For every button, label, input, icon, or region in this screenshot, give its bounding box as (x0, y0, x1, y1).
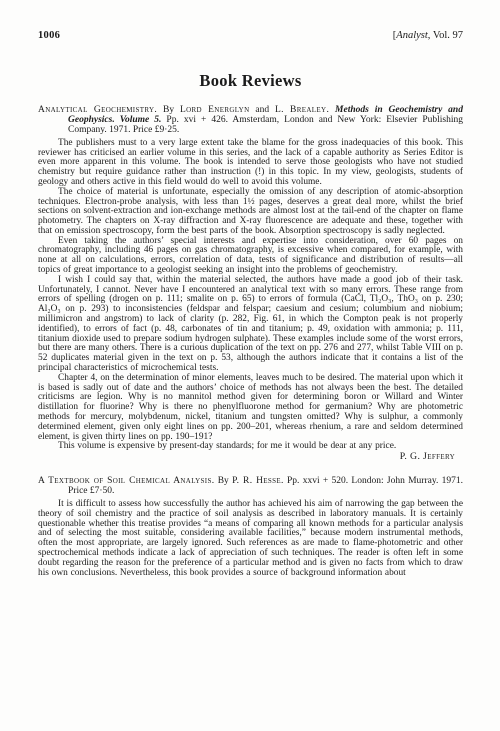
page-title: Book Reviews (38, 71, 463, 91)
review-paragraph: Even taking the authors’ special interes… (38, 237, 463, 276)
author-name: L. Brealey. (275, 105, 329, 115)
review-paragraph: Chapter 4, on the determination of minor… (38, 374, 463, 443)
journal-page: 1006 [Analyst, Vol. 97 Book Reviews Anal… (0, 0, 500, 731)
by-text: By (157, 105, 180, 115)
reviewer-signature: P. G. Jeffery (38, 452, 463, 462)
page-number: 1006 (38, 30, 60, 41)
journal-reference: [Analyst, Vol. 97 (393, 30, 463, 41)
review-paragraph: The choice of material is unfortunate, e… (38, 188, 463, 237)
review-body: It is difficult to assess how successful… (38, 500, 463, 578)
review-heading: A Textbook of Soil Chemical Analysis. By… (38, 477, 463, 497)
by-text: By (214, 476, 232, 486)
review-heading: Analytical Geochemistry. By Lord Energly… (38, 106, 463, 136)
conjunction-text: and (249, 105, 274, 115)
review-paragraph: The publishers must to a very large exte… (38, 139, 463, 188)
book-title: A Textbook of Soil Chemical Analysis. (38, 476, 214, 486)
book-title: Analytical Geochemistry. (38, 105, 157, 115)
review-section-analytical-geochemistry: Analytical Geochemistry. By Lord Energly… (38, 106, 463, 462)
review-paragraph: It is difficult to assess how successful… (38, 500, 463, 578)
author-name: Lord Energlyn (180, 105, 250, 115)
journal-ref-volume: , Vol. 97 (428, 30, 463, 41)
journal-name: Analyst (396, 30, 428, 41)
review-body: The publishers must to a very large exte… (38, 139, 463, 463)
page-header: 1006 [Analyst, Vol. 97 (38, 30, 463, 41)
review-paragraph: I wish I could say that, within the mate… (38, 276, 463, 374)
review-section-soil-chemical-analysis: A Textbook of Soil Chemical Analysis. By… (38, 477, 463, 578)
author-name: P. R. Hesse. (232, 476, 284, 486)
